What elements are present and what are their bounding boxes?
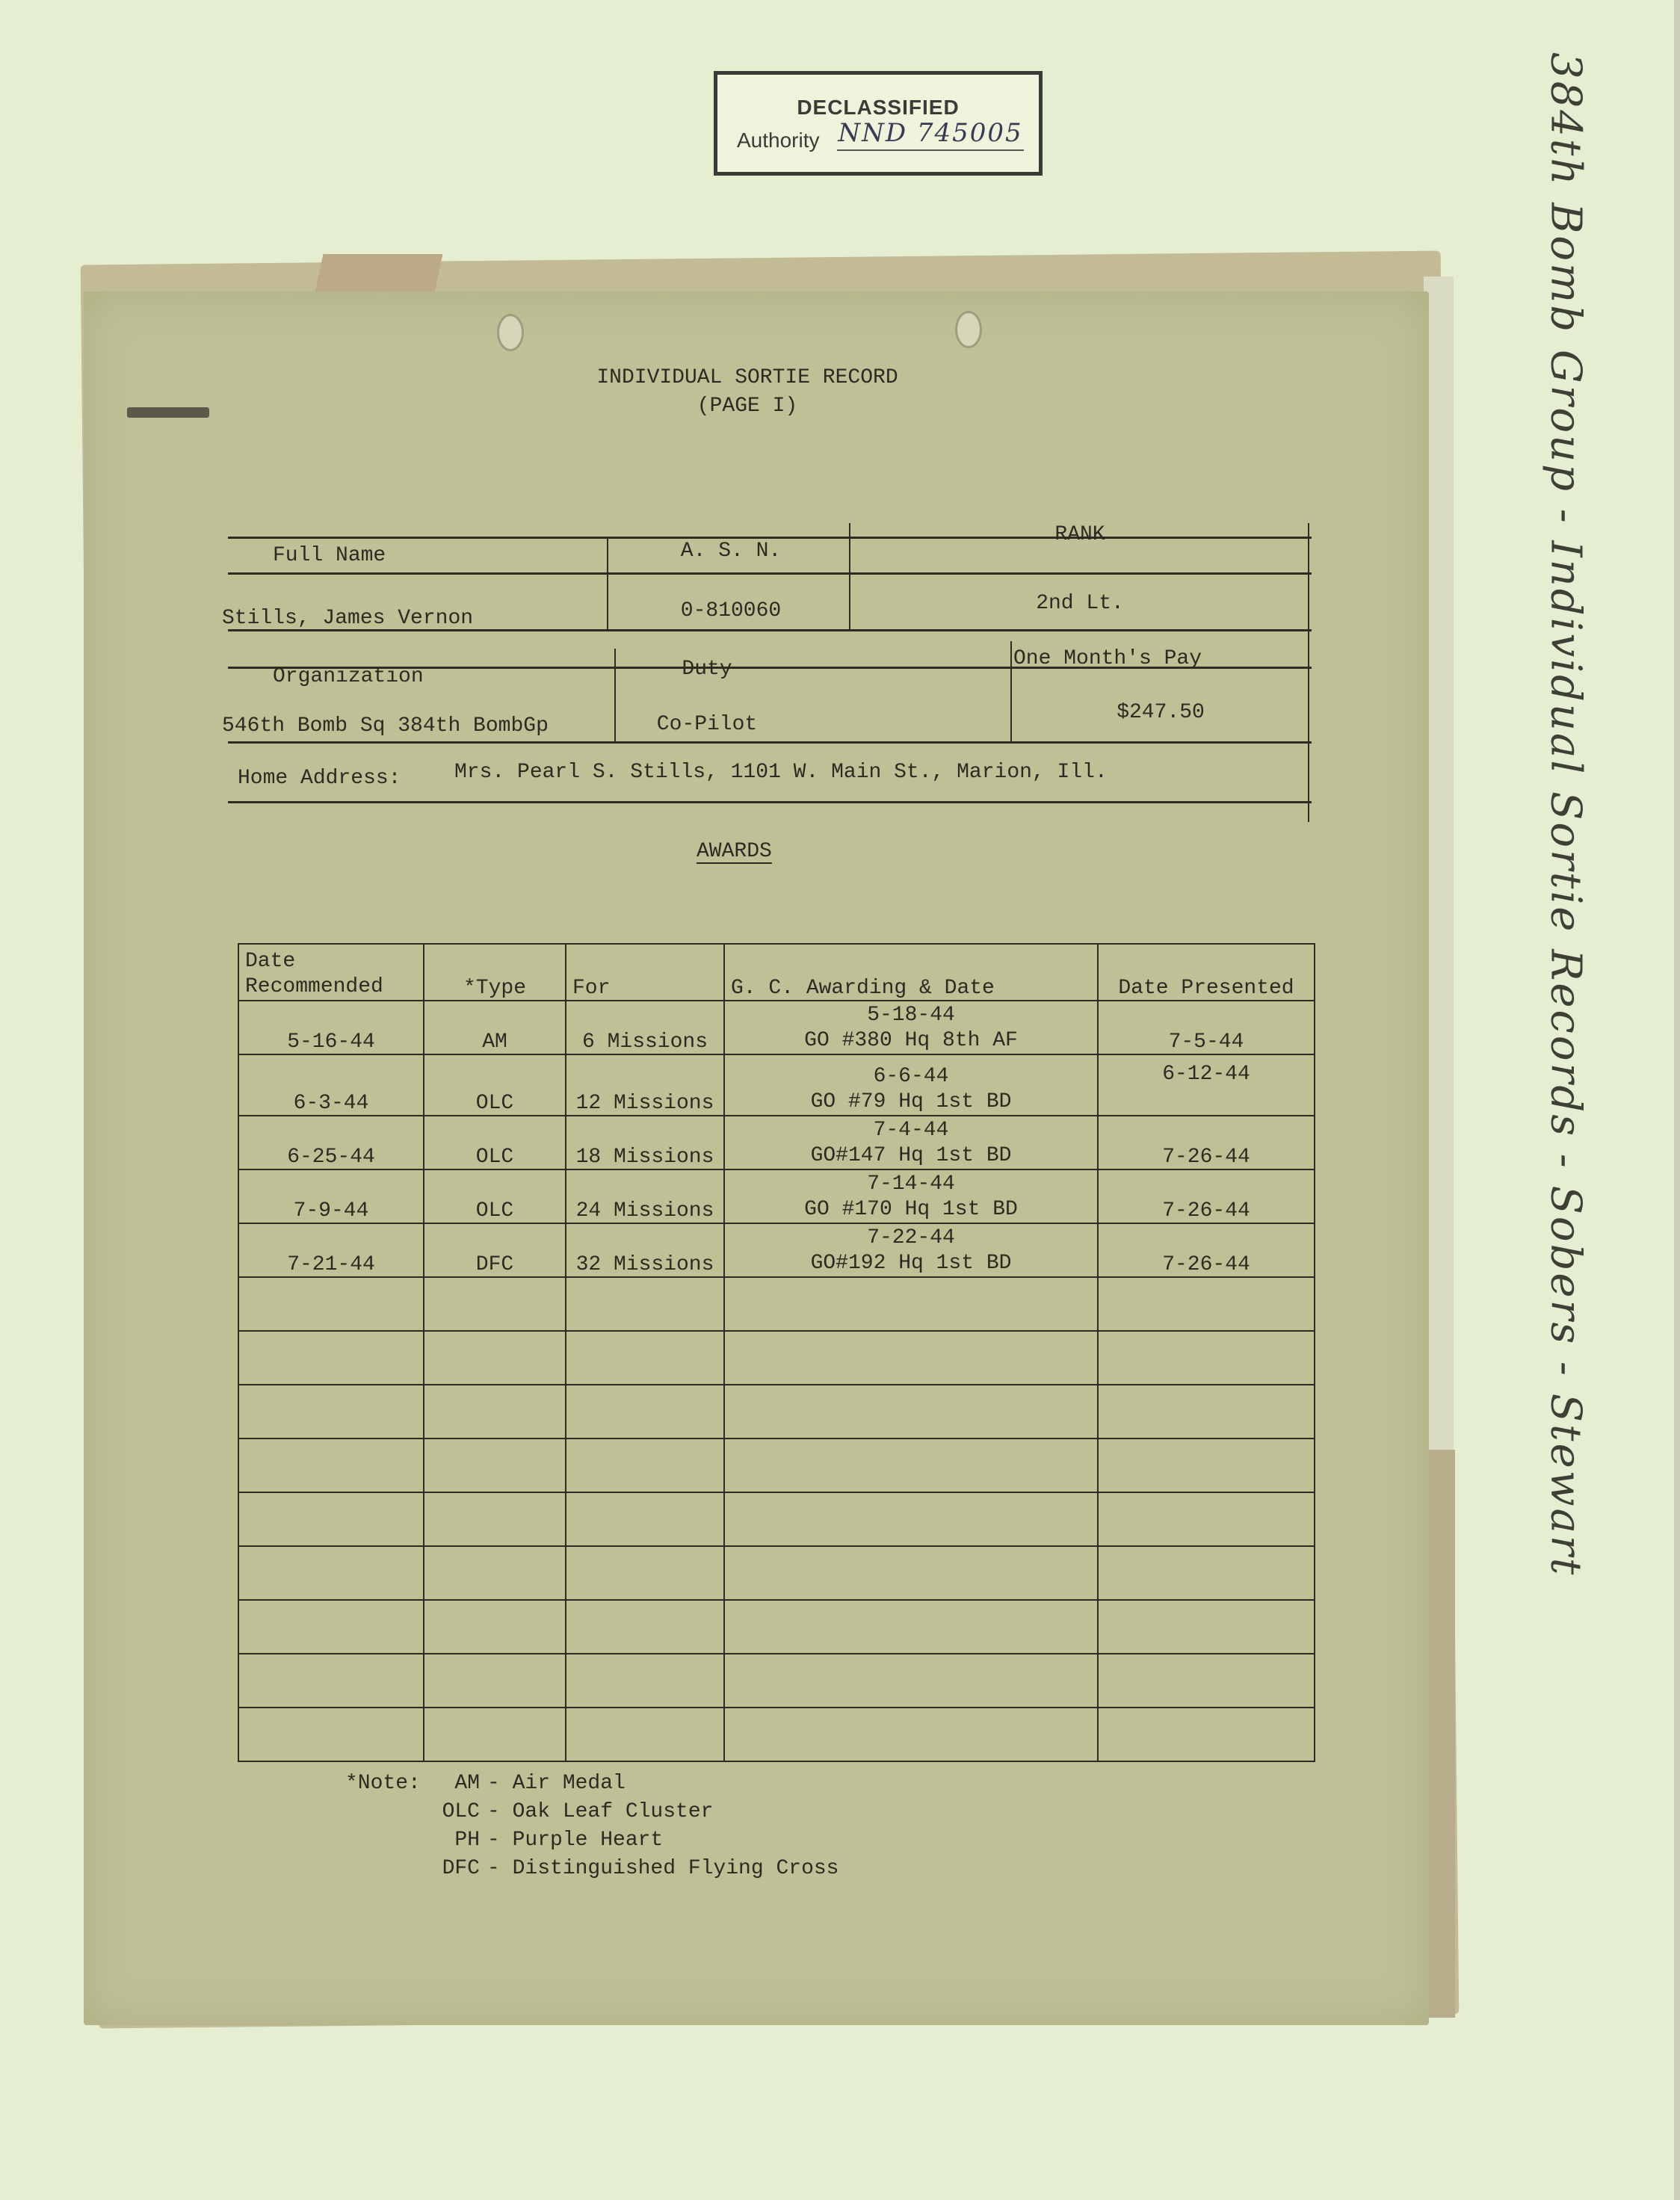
empty-cell [238,1385,424,1439]
empty-table-row [238,1546,1315,1600]
empty-cell [238,1439,424,1492]
go-order: GO#147 Hq 1st BD [731,1143,1091,1169]
asn-label: A. S. N. [613,540,849,563]
legend-item: PH - Purple Heart [345,1826,839,1855]
go-date: 6-6-44 [731,1064,1091,1090]
empty-cell [424,1492,566,1546]
go-date: 7-4-44 [731,1118,1091,1143]
table-row: 7-21-44 DFC 32 Missions 7-22-44 GO#192 H… [238,1223,1315,1277]
cell-date-presented: 7-26-44 [1098,1169,1315,1223]
cell-type: DFC [424,1223,566,1277]
legend-text: - Air Medal [487,1770,626,1798]
cell-date-presented: 7-26-44 [1098,1116,1315,1169]
empty-table-row [238,1331,1315,1385]
empty-table-row [238,1385,1315,1439]
go-order: GO#192 Hq 1st BD [731,1251,1091,1276]
go-date: 5-18-44 [731,1003,1091,1028]
empty-cell [1098,1492,1315,1546]
empty-cell [424,1654,566,1708]
awards-table: Date Recommended *Type For G. C. Awardin… [238,943,1315,1762]
empty-cell [238,1277,424,1331]
empty-cell [238,1331,424,1385]
stamp-title: DECLASSIFIED [717,96,1039,120]
rule [607,537,608,629]
header-date-line1: Date [245,950,295,973]
empty-cell [238,1546,424,1600]
cell-for: 24 Missions [566,1169,724,1223]
legend-text: - Distinguished Flying Cross [487,1855,839,1883]
header-date-recommended: Date Recommended [238,944,424,1001]
empty-cell [724,1708,1098,1761]
legend-text: - Oak Leaf Cluster [487,1798,713,1826]
rule [228,801,1312,803]
empty-cell [424,1546,566,1600]
organization-label: Organization [273,665,424,688]
rule [228,741,1312,744]
empty-cell [566,1708,724,1761]
cell-date-recommended: 6-3-44 [238,1054,424,1116]
legend-code: OLC [427,1798,487,1826]
empty-table-row [238,1439,1315,1492]
stamp-authority-label: Authority [737,129,820,152]
table-row: 6-3-44 OLC 12 Missions 6-6-44 GO #79 Hq … [238,1054,1315,1116]
go-date: 7-22-44 [731,1226,1091,1251]
empty-cell [724,1439,1098,1492]
empty-cell [424,1708,566,1761]
empty-cell [1098,1331,1315,1385]
duty-label: Duty [617,658,797,681]
cell-date-recommended: 7-9-44 [238,1169,424,1223]
declassified-stamp: DECLASSIFIED Authority NND 745005 [714,71,1043,176]
cell-date-presented: 7-5-44 [1098,1001,1315,1054]
cell-date-presented: 6-12-44 [1098,1054,1315,1116]
empty-cell [724,1277,1098,1331]
cell-go-awarding: 7-22-44 GO#192 Hq 1st BD [724,1223,1098,1277]
rank-label: RANK [852,523,1308,546]
rank-value: 2nd Lt. [852,592,1308,615]
empty-cell [724,1600,1098,1654]
empty-cell [724,1385,1098,1439]
asn-value: 0-810060 [613,599,849,622]
type-legend: *Note: AM - Air Medal OLC - Oak Leaf Clu… [345,1770,839,1883]
cell-type: OLC [424,1169,566,1223]
header-type: *Type [424,944,566,1001]
cell-type: AM [424,1001,566,1054]
empty-cell [724,1546,1098,1600]
cell-for: 6 Missions [566,1001,724,1054]
cell-go-awarding: 5-18-44 GO #380 Hq 8th AF [724,1001,1098,1054]
table-row: 7-9-44 OLC 24 Missions 7-14-44 GO #170 H… [238,1169,1315,1223]
rule [228,572,1312,575]
home-address-value: Mrs. Pearl S. Stills, 1101 W. Main St., … [454,761,1108,784]
header-date-presented: Date Presented [1098,944,1315,1001]
legend-item: OLC - Oak Leaf Cluster [345,1798,839,1826]
table-row: 5-16-44 AM 6 Missions 5-18-44 GO #380 Hq… [238,1001,1315,1054]
full-name-value: Stills, James Vernon [222,607,473,630]
empty-cell [724,1331,1098,1385]
punch-hole-icon [497,314,524,351]
empty-cell [424,1600,566,1654]
document-title: INDIVIDUAL SORTIE RECORD [523,366,972,389]
go-order: GO #170 Hq 1st BD [731,1197,1091,1223]
empty-cell [566,1654,724,1708]
home-address-label: Home Address: [238,767,401,790]
awards-header-row: Date Recommended *Type For G. C. Awardin… [238,944,1315,1001]
handwritten-side-label: 384th Bomb Group - Individual Sortie Rec… [1540,52,1592,1607]
cell-date-presented: 7-26-44 [1098,1223,1315,1277]
empty-cell [238,1708,424,1761]
header-for: For [566,944,724,1001]
duty-value: Co-Pilot [617,713,797,736]
empty-cell [238,1600,424,1654]
full-name-label: Full Name [273,544,386,567]
empty-cell [1098,1708,1315,1761]
empty-cell [566,1439,724,1492]
empty-cell [566,1385,724,1439]
empty-cell [1098,1654,1315,1708]
rule [1010,641,1012,741]
cell-for: 12 Missions [566,1054,724,1116]
empty-cell [424,1277,566,1331]
empty-cell [566,1331,724,1385]
empty-cell [1098,1439,1315,1492]
header-go-awarding: G. C. Awarding & Date [724,944,1098,1001]
stamp-authority-value: NND 745005 [837,118,1024,151]
cell-go-awarding: 7-4-44 GO#147 Hq 1st BD [724,1116,1098,1169]
empty-cell [566,1600,724,1654]
cell-date-recommended: 5-16-44 [238,1001,424,1054]
cell-date-recommended: 6-25-44 [238,1116,424,1169]
empty-cell [566,1546,724,1600]
pay-value: $247.50 [1013,701,1308,724]
cell-type: OLC [424,1116,566,1169]
legend-item: DFC - Distinguished Flying Cross [345,1855,839,1883]
table-row: 6-25-44 OLC 18 Missions 7-4-44 GO#147 Hq… [238,1116,1315,1169]
scan-edge [1674,0,1680,2200]
empty-table-row [238,1654,1315,1708]
cell-for: 18 Missions [566,1116,724,1169]
empty-cell [724,1654,1098,1708]
side-label-text: 384th Bomb Group - Individual Sortie Rec… [1542,52,1590,1577]
empty-cell [566,1492,724,1546]
empty-cell [424,1439,566,1492]
pay-label: One Month's Pay [1013,647,1202,670]
empty-table-row [238,1708,1315,1761]
legend-text: - Purple Heart [487,1826,663,1855]
empty-cell [566,1277,724,1331]
rule [1308,523,1309,822]
empty-cell [424,1331,566,1385]
empty-cell [238,1654,424,1708]
empty-cell [238,1492,424,1546]
cell-for: 32 Missions [566,1223,724,1277]
go-order: GO #79 Hq 1st BD [731,1090,1091,1115]
punch-hole-icon [955,311,982,348]
cell-go-awarding: 6-6-44 GO #79 Hq 1st BD [724,1054,1098,1116]
empty-table-row [238,1277,1315,1331]
empty-cell [1098,1277,1315,1331]
legend-code: AM [427,1770,487,1798]
empty-cell [724,1492,1098,1546]
cell-type: OLC [424,1054,566,1116]
legend-item: *Note: AM - Air Medal [345,1770,839,1798]
empty-table-row [238,1600,1315,1654]
empty-cell [424,1385,566,1439]
document-subtitle: (PAGE I) [523,395,972,418]
legend-label: *Note: [345,1770,427,1798]
empty-table-row [238,1492,1315,1546]
cell-go-awarding: 7-14-44 GO #170 Hq 1st BD [724,1169,1098,1223]
staple-icon [127,407,209,418]
go-date: 7-14-44 [731,1172,1091,1197]
go-order: GO #380 Hq 8th AF [731,1028,1091,1054]
empty-cell [1098,1385,1315,1439]
legend-code: PH [427,1826,487,1855]
organization-value: 546th Bomb Sq 384th BombGp [222,714,549,738]
legend-code: DFC [427,1855,487,1883]
empty-cell [1098,1546,1315,1600]
awards-title: AWARDS [697,840,772,863]
cell-date-recommended: 7-21-44 [238,1223,424,1277]
empty-cell [1098,1600,1315,1654]
rule [849,523,850,629]
rule [614,649,616,741]
header-date-line2: Recommended [245,975,383,998]
